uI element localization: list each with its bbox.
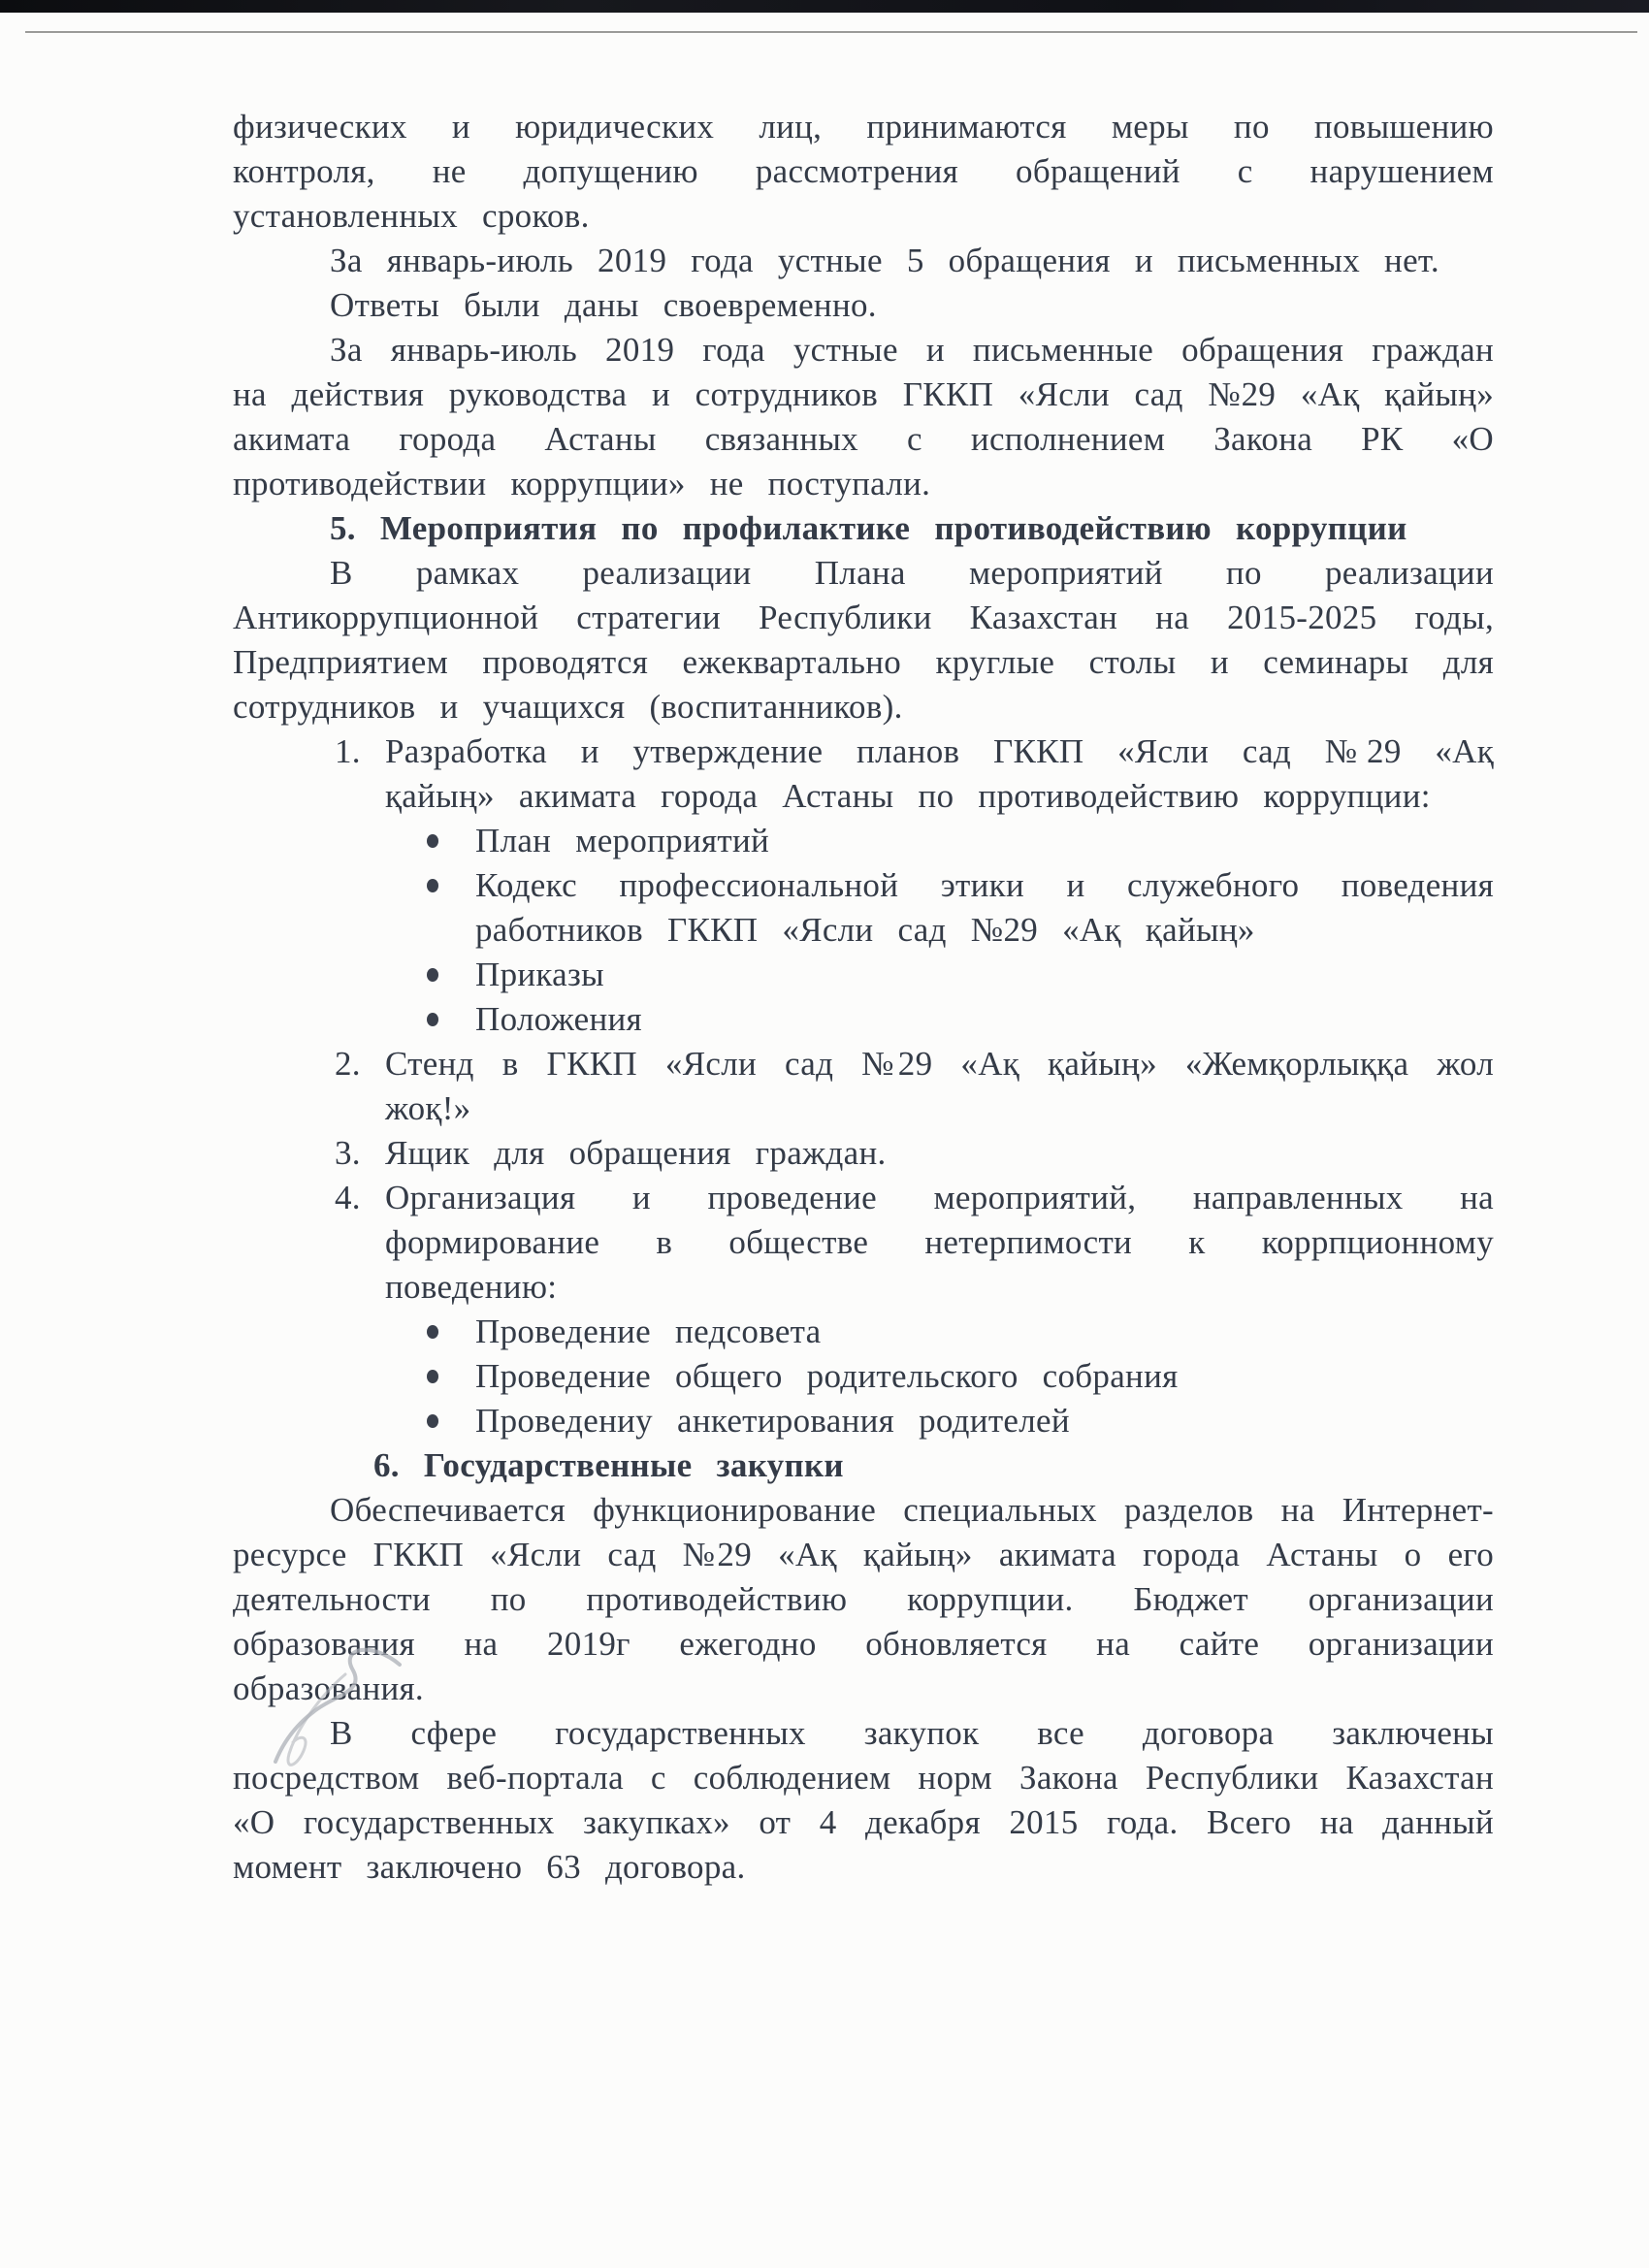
bullet-item: Положения [233, 997, 1494, 1042]
list-item-text: Организация и проведение мероприятий, на… [385, 1179, 1494, 1306]
list-number: 1. [335, 729, 361, 774]
section-5-numbered-list: 1.Разработка и утверждение планов ГККП «… [233, 729, 1494, 1443]
bullet-text: План мероприятий [475, 822, 769, 859]
list-number: 2. [335, 1042, 361, 1086]
bullet-text: Положения [475, 1000, 642, 1038]
paragraph-procurement-website: Обеспечивается функционирование специаль… [233, 1488, 1494, 1711]
bullet-item: Проведение общего родительского собрания [233, 1354, 1494, 1399]
bullet-text: Проведение педсовета [475, 1312, 822, 1350]
document-body: физических и юридических лиц, принимаютс… [233, 105, 1494, 1890]
list-item-4-bullets: Проведение педсовета Проведение общего р… [233, 1310, 1494, 1443]
bullet-item: План мероприятий [233, 819, 1494, 863]
bullet-text: Кодекс профессиональной этики и служебно… [475, 866, 1494, 949]
list-item-3: 3.Ящик для обращения граждан. [233, 1131, 1494, 1176]
section-5-intro-paragraph: В рамках реализации Плана мероприятий по… [233, 551, 1494, 729]
section-5-heading: 5. Мероприятия по профилактике противоде… [233, 506, 1494, 551]
list-number: 3. [335, 1131, 361, 1176]
list-item-text: Разработка и утверждение планов ГККП «Яс… [385, 732, 1494, 815]
list-item-4: 4.Организация и проведение мероприятий, … [233, 1176, 1494, 1310]
section-6-heading: 6. Государственные закупки [233, 1443, 1494, 1488]
bullet-icon [427, 879, 438, 892]
paragraph-procurement-contracts: В сфере государственных закупок все дого… [233, 1711, 1494, 1890]
paragraph-answers-timely: Ответы были даны своевременно. [233, 283, 1494, 328]
paragraph-appeals-control: физических и юридических лиц, принимаютс… [233, 105, 1494, 239]
bullet-item: Кодекс профессиональной этики и служебно… [233, 863, 1494, 953]
bullet-text: Проведениу анкетирования родителей [475, 1402, 1070, 1440]
paragraph-no-complaints: За январь-июль 2019 года устные и письме… [233, 328, 1494, 506]
bullet-item: Проведениу анкетирования родителей [233, 1399, 1494, 1443]
page-top-border-line [25, 31, 1637, 33]
list-item-1: 1.Разработка и утверждение планов ГККП «… [233, 729, 1494, 819]
list-item-1-bullets: План мероприятий Кодекс профессиональной… [233, 819, 1494, 1042]
list-item-2: 2.Стенд в ГККП «Ясли сад №29 «Ақ қайың» … [233, 1042, 1494, 1131]
bullet-icon [427, 834, 438, 848]
bullet-list-events: Проведение педсовета Проведение общего р… [233, 1310, 1494, 1443]
bullet-icon [427, 1414, 438, 1428]
bullet-text: Проведение общего родительского собрания [475, 1357, 1179, 1395]
bullet-item: Приказы [233, 953, 1494, 997]
scanner-edge-artifact [0, 0, 1649, 13]
list-number: 4. [335, 1176, 361, 1220]
bullet-icon [427, 968, 438, 982]
bullet-text: Приказы [475, 956, 604, 993]
list-item-text: Стенд в ГККП «Ясли сад №29 «Ақ қайың» «Ж… [385, 1045, 1494, 1127]
bullet-icon [427, 1013, 438, 1026]
paragraph-oral-appeals: За январь-июль 2019 года устные 5 обраще… [233, 239, 1494, 283]
bullet-icon [427, 1370, 438, 1383]
bullet-item: Проведение педсовета [233, 1310, 1494, 1354]
bullet-list-plans: План мероприятий Кодекс профессиональной… [233, 819, 1494, 1042]
list-item-text: Ящик для обращения граждан. [385, 1134, 887, 1172]
scanned-document-page: { "document": { "intro": { "p1": "физиче… [0, 0, 1649, 2268]
bullet-icon [427, 1325, 438, 1339]
